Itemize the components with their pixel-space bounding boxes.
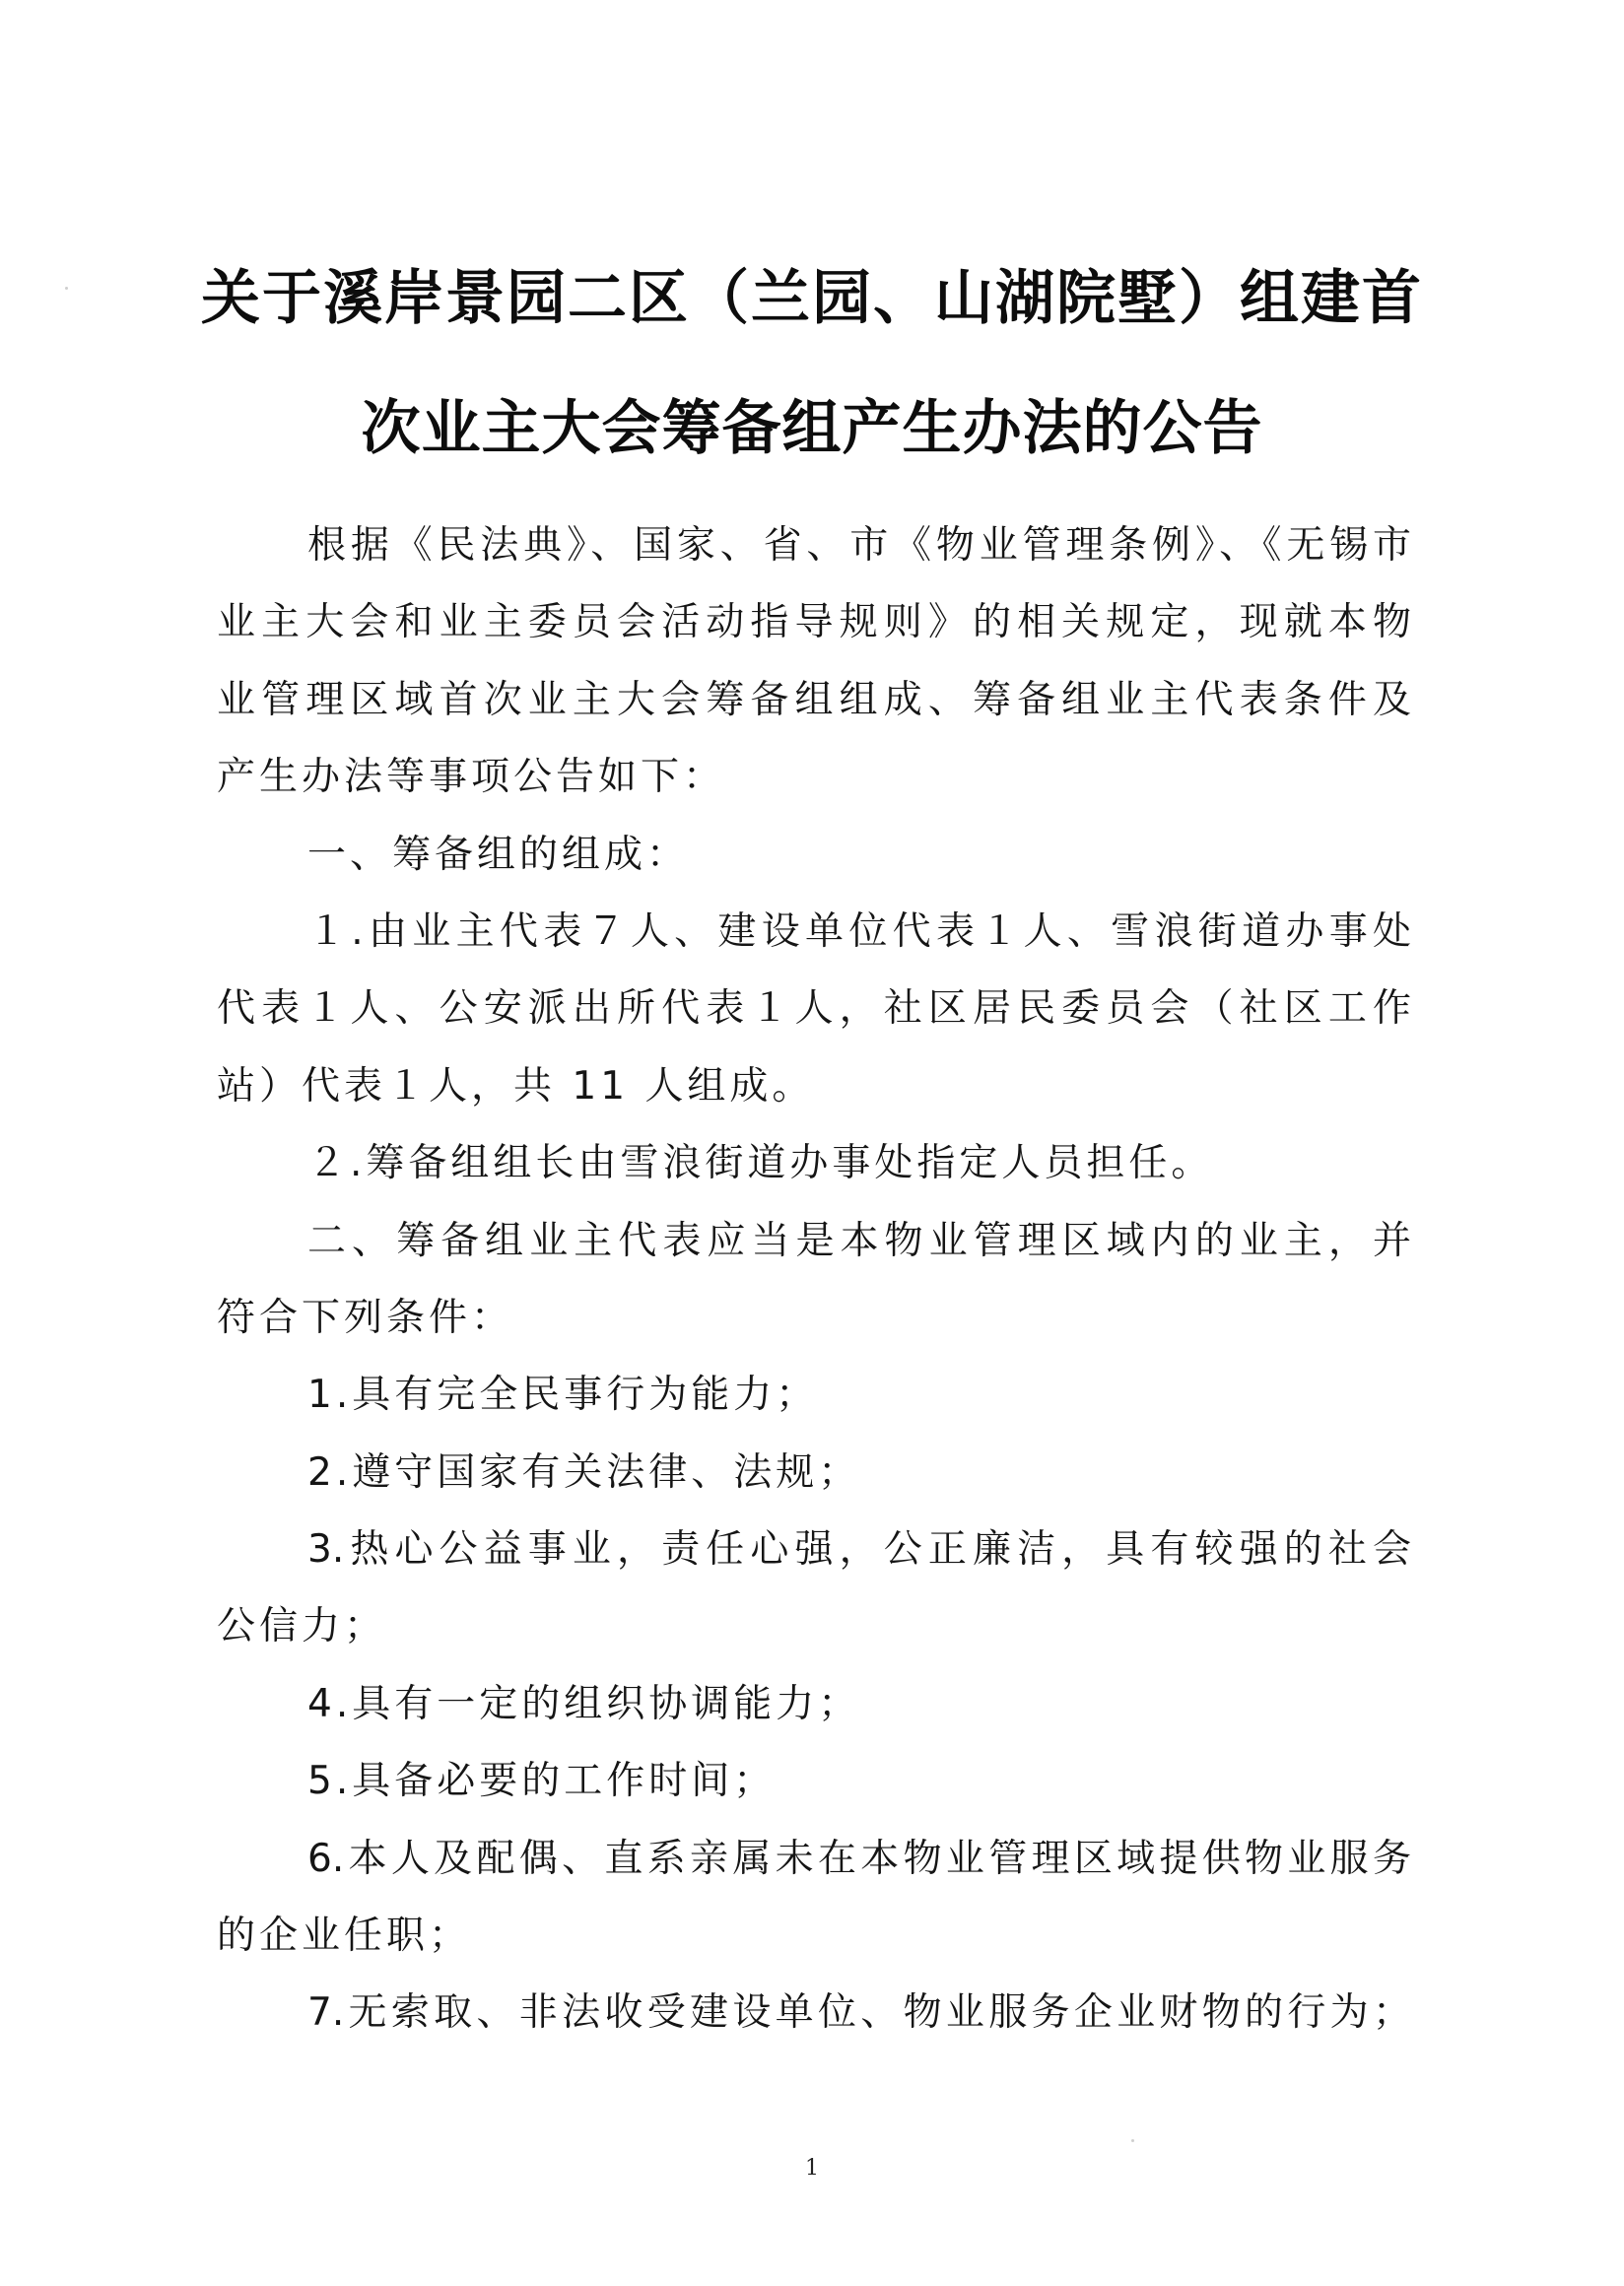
- body-line: 站）代表１人，共 11 人组成。: [217, 1048, 1411, 1125]
- body-line: 的企业任职；: [217, 1898, 1411, 1975]
- scan-speck: [65, 287, 68, 290]
- document-body: 根据《民法典》、国家、省、市《物业管理条例》、《无锡市 业主大会和业主委员会活动…: [217, 507, 1411, 2052]
- document-page: 关于溪岸景园二区（兰园、山湖院墅）组建首 次业主大会筹备组产生办法的公告 根据《…: [0, 0, 1624, 2286]
- list-item: ２.筹备组组长由雪浪街道办事处指定人员担任。: [217, 1125, 1411, 1202]
- list-item: １.由业主代表７人、建设单位代表１人、雪浪街道办事处: [217, 894, 1411, 971]
- body-line: 业主大会和业主委员会活动指导规则》的相关规定，现就本物: [217, 584, 1411, 661]
- list-item: 4.具有一定的组织协调能力；: [217, 1666, 1411, 1743]
- body-line: 符合下列条件：: [217, 1280, 1411, 1357]
- scan-speck: [1131, 2139, 1134, 2142]
- list-item: 7.无索取、非法收受建设单位、物业服务企业财物的行为；: [217, 1975, 1411, 2051]
- list-item: 3.热心公益事业，责任心强，公正廉洁，具有较强的社会: [217, 1512, 1411, 1588]
- list-item: 6.本人及配偶、直系亲属未在本物业管理区域提供物业服务: [217, 1821, 1411, 1898]
- section-heading: 二、筹备组业主代表应当是本物业管理区域内的业主，并: [217, 1203, 1411, 1280]
- page-number: 1: [0, 2156, 1624, 2181]
- section-heading: 一、筹备组的组成：: [217, 817, 1411, 894]
- list-item: 2.遵守国家有关法律、法规；: [217, 1435, 1411, 1512]
- body-line: 根据《民法典》、国家、省、市《物业管理条例》、《无锡市: [217, 507, 1411, 584]
- list-item: 1.具有完全民事行为能力；: [217, 1357, 1411, 1434]
- list-item: 5.具备必要的工作时间；: [217, 1743, 1411, 1820]
- body-line: 业管理区域首次业主大会筹备组组成、筹备组业主代表条件及: [217, 662, 1411, 739]
- body-line: 公信力；: [217, 1588, 1411, 1665]
- document-title-line-1: 关于溪岸景园二区（兰园、山湖院墅）组建首: [0, 264, 1624, 333]
- body-line: 产生办法等事项公告如下：: [217, 739, 1411, 816]
- document-title-line-2: 次业主大会筹备组产生办法的公告: [0, 394, 1624, 463]
- body-line: 代表１人、公安派出所代表１人，社区居民委员会（社区工作: [217, 971, 1411, 1047]
